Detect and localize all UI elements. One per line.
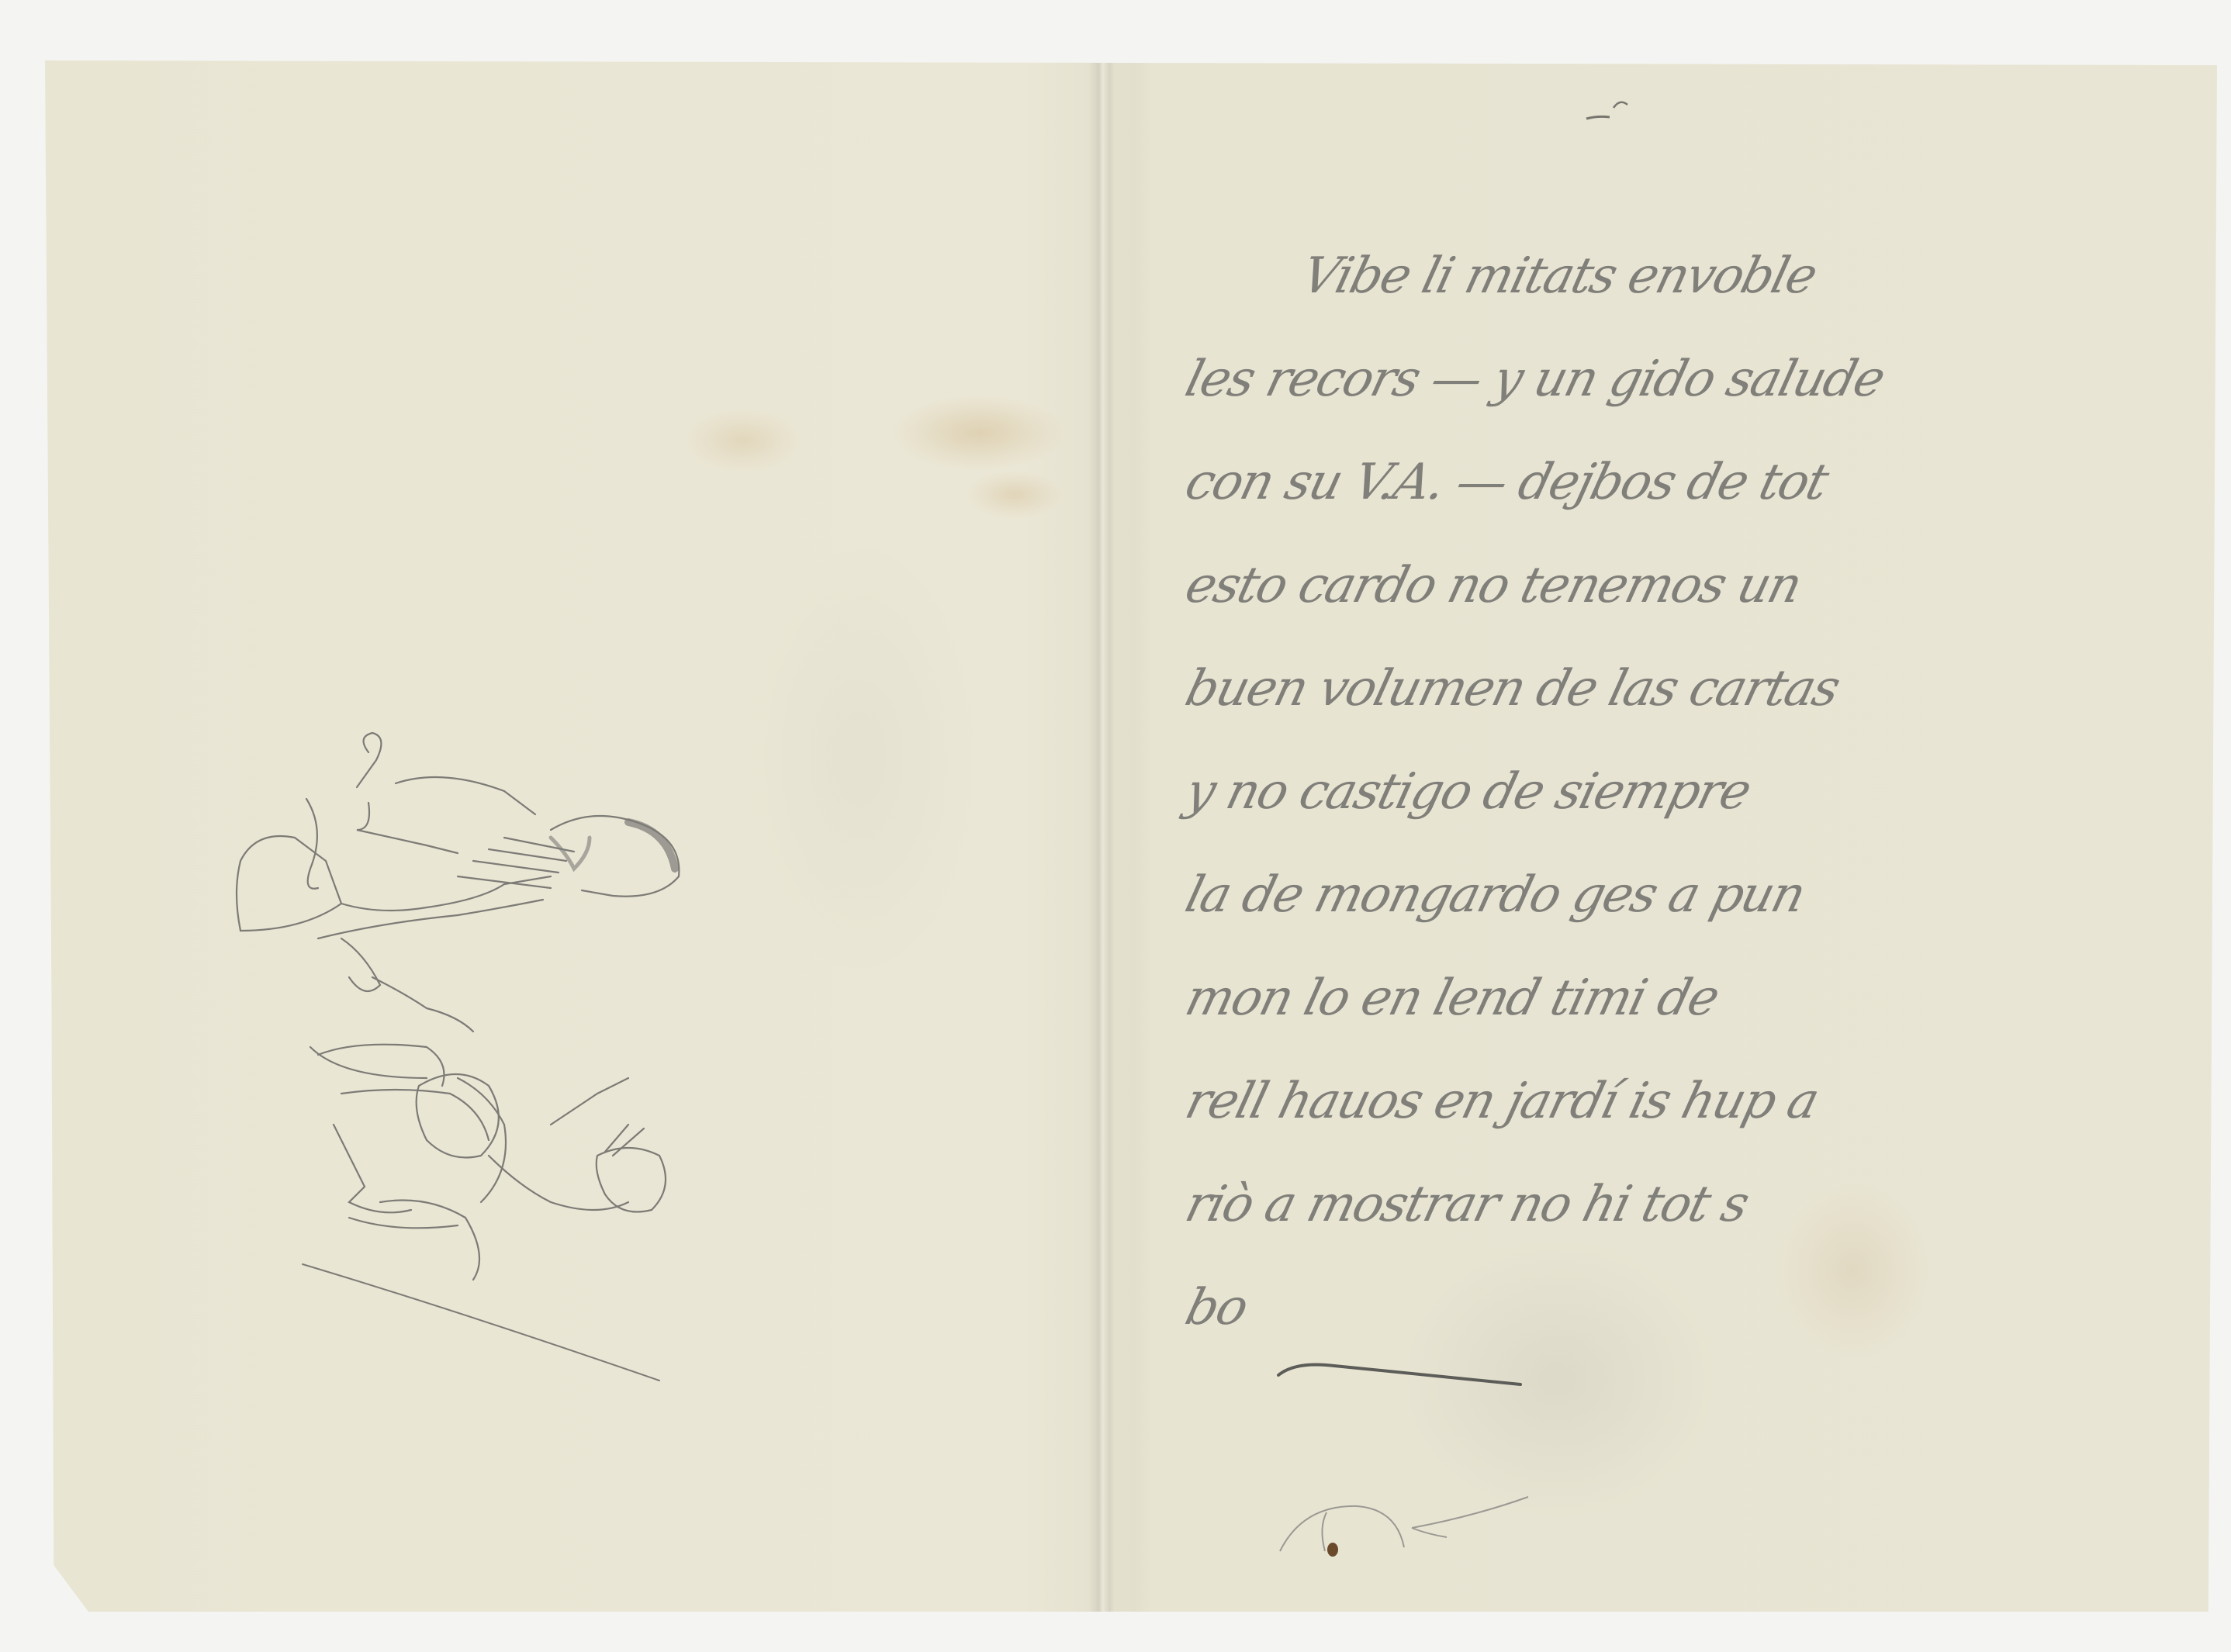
letter-line-10: riò a mostrar no hi tot s <box>1174 1153 2146 1256</box>
figure-sketch <box>225 721 737 1435</box>
letter-line-7: la de mongardo ges a pun <box>1174 844 2146 947</box>
letter-line-2: les recors — y un gido salude <box>1174 328 2146 431</box>
letter-line-9: rell hauos en jardí is hup a <box>1174 1050 2146 1153</box>
pencil-mark <box>1582 97 1629 128</box>
letter-line-4: esto cardo no tenemos un <box>1174 534 2146 638</box>
letter-text: Vibe li mitats envoble les recors — y un… <box>1187 225 2133 1360</box>
pencil-doodle <box>1272 1474 1629 1559</box>
center-fold <box>1088 60 1115 1612</box>
letter-line-3: con su V.A. — dejbos de tot <box>1174 431 2146 534</box>
letter-line-6: y no castigo de siempre <box>1174 741 2146 844</box>
signature-flourish <box>1272 1353 1551 1400</box>
letter-line-5: buen volumen de las cartas <box>1174 638 2146 741</box>
letter-line-8: mon lo en lend timi de <box>1174 947 2146 1050</box>
letter-line-11: bo <box>1174 1256 2146 1360</box>
letter-line-1: Vibe li mitats envoble <box>1174 225 2146 328</box>
